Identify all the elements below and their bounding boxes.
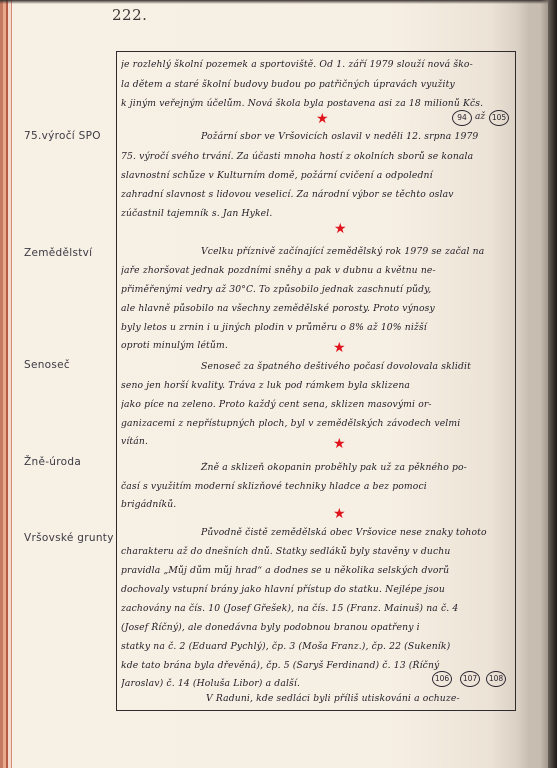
text-line: (Josef Říčný), ale donedávna byly podobn… [121, 622, 513, 633]
page-number: 222. [112, 6, 147, 24]
margin-label-farmsteads: Vršovské grunty [24, 532, 114, 544]
text-line: seno jen horší kvality. Tráva z luk pod … [121, 380, 513, 391]
text-line: slavnostní schůze v Kulturním domě, požá… [121, 170, 513, 181]
margin-label-agriculture: Zemědělství [24, 247, 92, 259]
text-line: zahradní slavnost s lidovou veselicí. Za… [121, 189, 513, 200]
text-line: přiměřenými vedry až 30°C. To způsobilo … [121, 284, 513, 295]
text-line: statky na č. 2 (Eduard Pychlý), čp. 3 (M… [121, 641, 513, 652]
photo-ref-badge: 105 [489, 110, 509, 126]
text-line: pravidla „Můj dům můj hrad“ a dodnes se … [121, 565, 513, 576]
text-line: Vcelku příznivě začínající zemědělský ro… [121, 246, 513, 257]
text-line: jako píce na zeleno. Proto každý cent se… [121, 399, 513, 410]
text-line: časí s využitím moderní sklizňové techni… [121, 481, 513, 492]
text-line: oproti minulým létům. [121, 340, 513, 351]
red-star-icon: ★ [333, 341, 346, 355]
margin-label-harvest: Žně-úroda [24, 456, 81, 468]
text-line: Jaroslav) č. 14 (Holuša Libor) a další. [121, 678, 513, 689]
text-line: byly letos u zrnin i u jiných plodin v p… [121, 322, 513, 333]
text-line: kde tato brána byla dřevěná), čp. 5 (Šar… [121, 660, 513, 671]
book-edge [548, 0, 557, 768]
binding-stripe [11, 0, 12, 768]
text-line: la dětem a staré školní budovy budou po … [121, 79, 513, 90]
text-line: Senoseč za špatného deštivého počasí dov… [121, 361, 513, 372]
margin-label-fire-anniversary: 75.výročí SPO [24, 130, 101, 142]
text-line: Původně čistě zemědělská obec Vršovice n… [121, 527, 513, 538]
red-star-icon: ★ [334, 222, 347, 236]
photo-ref-badge: 107 [460, 671, 480, 687]
text-line: vítán. [121, 436, 513, 447]
red-star-icon: ★ [333, 437, 346, 451]
text-line: je rozlehlý školní pozemek a sportoviště… [121, 59, 513, 70]
red-star-icon: ★ [316, 112, 329, 126]
text-line: brigádníků. [121, 499, 513, 510]
photo-ref-badge: 108 [486, 671, 506, 687]
photo-ref-badge: 106 [432, 671, 452, 687]
margin-label-haymaking: Senoseč [24, 359, 70, 371]
text-line: ganizacemi z nepřístupných ploch, byl v … [121, 418, 513, 429]
chronicle-page: 222. 75.výročí SPO Zemědělství Senoseč Ž… [0, 0, 557, 768]
text-line: dochovaly vstupní brány jako hlavní přís… [121, 584, 513, 595]
photo-ref-badge: 94 [452, 110, 472, 126]
text-line: jaře zhoršovat jednak pozdními sněhy a p… [121, 265, 513, 276]
text-line: Žně a sklizeň okopanin proběhly pak už z… [121, 462, 513, 473]
ref-range-separator: až [475, 112, 485, 122]
text-line: charakteru až do dnešních dnů. Statky se… [121, 546, 513, 557]
text-line: zachovány na čís. 10 (Josef Gřešek), na … [121, 603, 513, 614]
text-line: zúčastnil tajemník s. Jan Hykel. [121, 208, 513, 219]
text-line: 75. výročí svého trvání. Za účasti mnoha… [121, 151, 513, 162]
red-star-icon: ★ [333, 507, 346, 521]
page-fold-shadow [540, 0, 548, 768]
text-line: ale hlavně působilo na všechny zemědělsk… [121, 303, 513, 314]
text-line: k jiným veřejným účelům. Nová škola byla… [121, 98, 513, 109]
top-shadow [0, 0, 557, 4]
text-line: V Raduni, kde sedláci byli příliš utisko… [121, 693, 513, 704]
text-line: Požární sbor ve Vršovicích oslavil v ned… [121, 131, 513, 142]
